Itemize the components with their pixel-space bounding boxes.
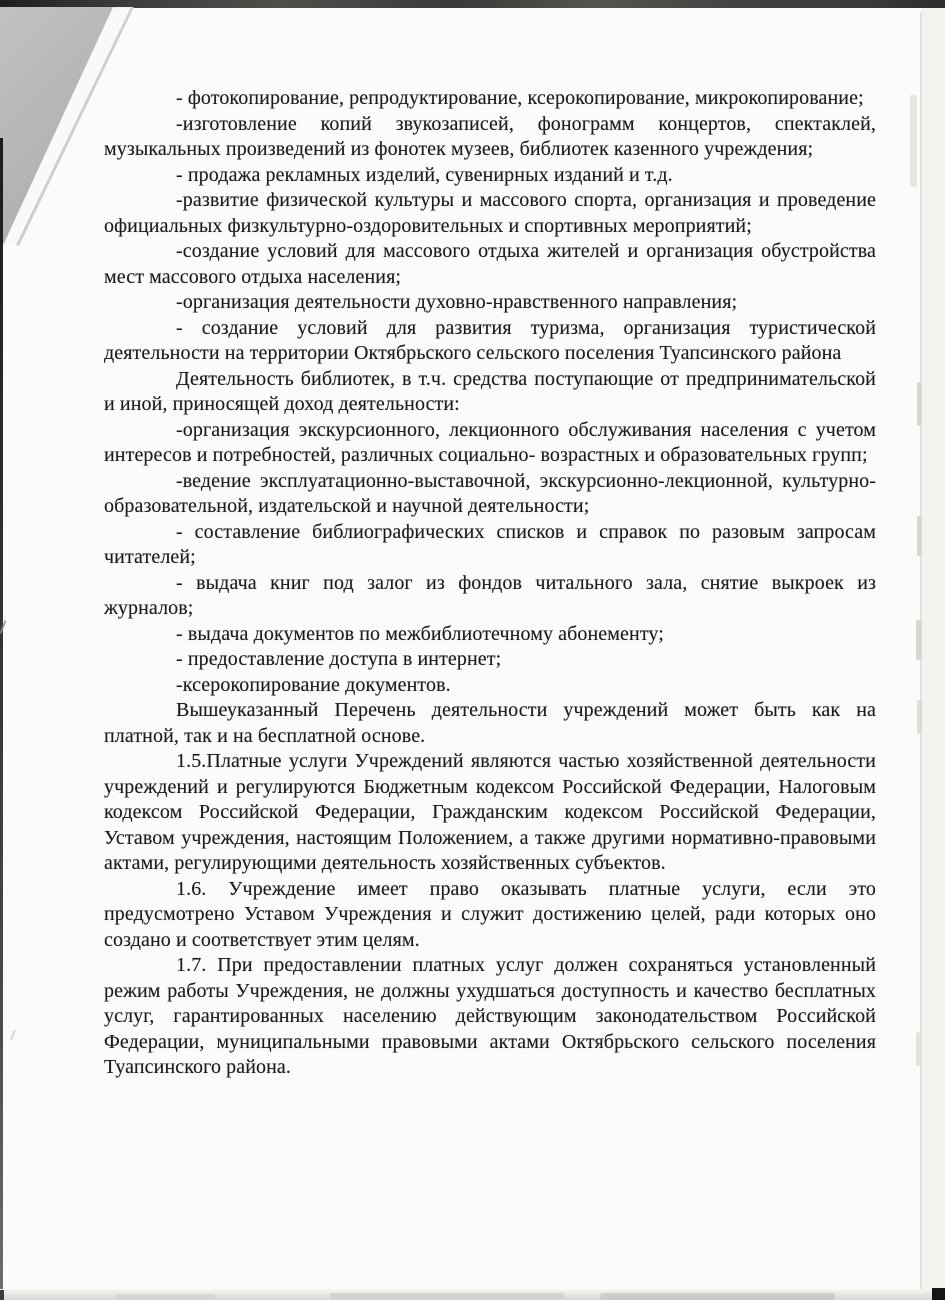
paragraph: -создание условий для массового отдыха ж… — [104, 239, 876, 290]
pen-tick-mark — [0, 620, 7, 634]
paragraph: 1.5.Платные услуги Учреждений являются ч… — [104, 749, 876, 877]
scanner-top-edge — [0, 0, 945, 8]
scan-smudge — [917, 382, 921, 426]
paragraph: -ксерокопирование документов. — [104, 673, 876, 699]
scan-smudge — [916, 620, 921, 660]
paragraph: - создание условий для развития туризма,… — [104, 316, 876, 367]
page-right-edge-line — [920, 12, 922, 1290]
paragraph: Деятельность библиотек, в т.ч. средства … — [104, 367, 876, 418]
scanner-bottom-edge — [0, 1289, 945, 1300]
scanner-bottom-left-corner — [0, 1290, 4, 1300]
paragraph: - фотокопирование, репродуктирование, кс… — [104, 86, 876, 112]
scanner-left-edge — [0, 138, 3, 1300]
scan-smudge — [330, 1293, 565, 1299]
paragraph: -ведение эксплуатационно-выставочной, эк… — [104, 469, 876, 520]
scan-smudge — [917, 516, 921, 556]
paragraph: 1.7. При предоставлении платных услуг до… — [104, 953, 876, 1081]
scan-smudge — [916, 1032, 920, 1066]
scanned-page: { "theme": { "paper": "#fbfbf9", "ink": … — [0, 0, 945, 1300]
scanner-bottom-right-corner — [932, 1288, 945, 1300]
pen-tick-mark — [10, 1030, 16, 1040]
paragraph: - предоставление доступа в интернет; — [104, 647, 876, 673]
paragraph: -организация деятельности духовно-нравст… — [104, 290, 876, 316]
paragraph: - продажа рекламных изделий, сувенирных … — [104, 163, 876, 189]
scan-smudge — [917, 700, 921, 734]
paragraph: - выдача книг под залог из фондов читаль… — [104, 571, 876, 622]
paragraph: -изготовление копий звукозаписей, фоногр… — [104, 112, 876, 163]
paragraph: -организация экскурсионного, лекционного… — [104, 418, 876, 469]
page-right-margin-tint — [922, 8, 945, 1292]
document-text: - фотокопирование, репродуктирование, кс… — [104, 86, 876, 1081]
paragraph: -развитие физической культуры и массовог… — [104, 188, 876, 239]
scan-smudge — [600, 1293, 835, 1300]
paragraph: - выдача документов по межбиблиотечному … — [104, 622, 876, 648]
scan-smudge — [910, 95, 917, 187]
paragraph: Вышеуказанный Перечень деятельности учре… — [104, 698, 876, 749]
paragraph: - составление библиографических списков … — [104, 520, 876, 571]
scan-smudge — [115, 1294, 215, 1299]
paragraph: 1.6. Учреждение имеет право оказывать пл… — [104, 877, 876, 954]
